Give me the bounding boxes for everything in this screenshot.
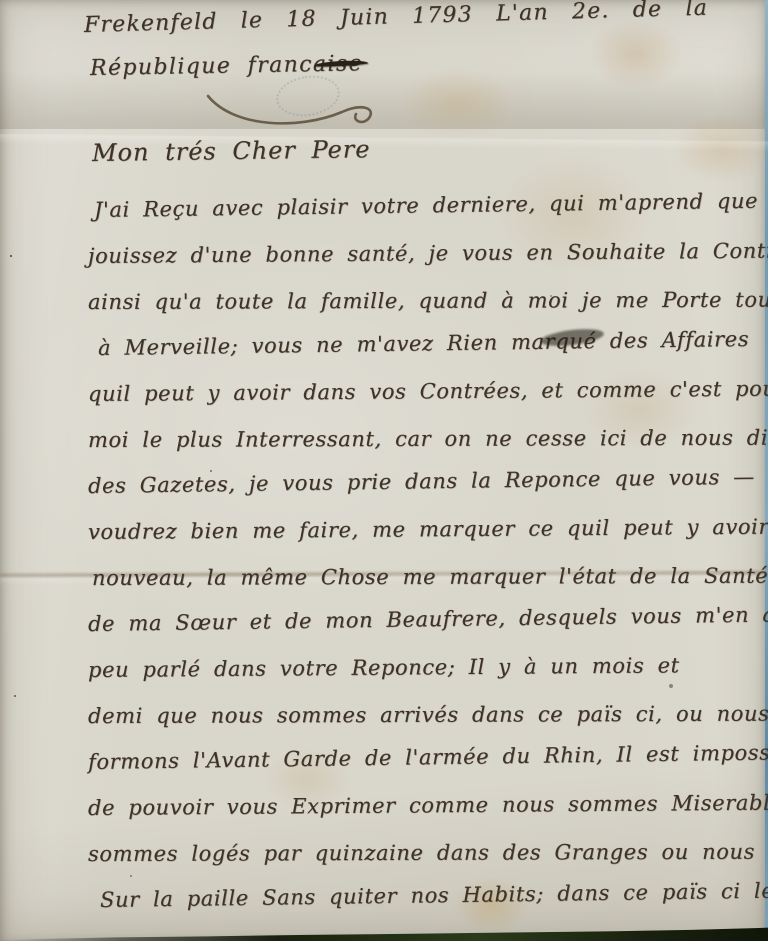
letter-line: J'ai Reçu avec plaisir votre derniere, q…	[94, 178, 749, 233]
letter-paper: Frekenfeld le 18 Juin 1793 L'an 2e. de l…	[0, 0, 765, 941]
letter-body: J'ai Reçu avec plaisir votre derniere, q…	[88, 187, 748, 923]
letter-line: des Gazetes, je vous prie dans la Reponc…	[88, 454, 749, 509]
letter-line: formons l'Avant Garde de l'armée du Rhin…	[88, 730, 749, 785]
ink-speck	[10, 255, 12, 257]
letter-line: Sur la paille Sans quiter nos Habits; da…	[100, 868, 749, 923]
letter-scan: Frekenfeld le 18 Juin 1793 L'an 2e. de l…	[0, 0, 768, 941]
scan-bottom-edge	[0, 923, 768, 941]
letter-line: peu parlé dans votre Reponce; Il y à un …	[88, 642, 748, 693]
letter-line: de ma Sœur et de mon Beaufrere, desquels…	[88, 592, 749, 647]
letter-line: jouissez d'une bonne santé, je vous en S…	[88, 228, 748, 279]
letter-line: de pouvoir vous Exprimer comme nous somm…	[88, 780, 748, 831]
salutation: Mon trés Cher Pere	[92, 135, 371, 167]
flourish-underline	[204, 88, 399, 136]
letter-line: à Merveille; vous ne m'avez Rien marqué …	[98, 316, 749, 371]
letter-line: quil peut y avoir dans vos Contrées, et …	[88, 366, 748, 417]
letter-line: voudrez bien me faire, me marquer ce qui…	[88, 504, 748, 555]
